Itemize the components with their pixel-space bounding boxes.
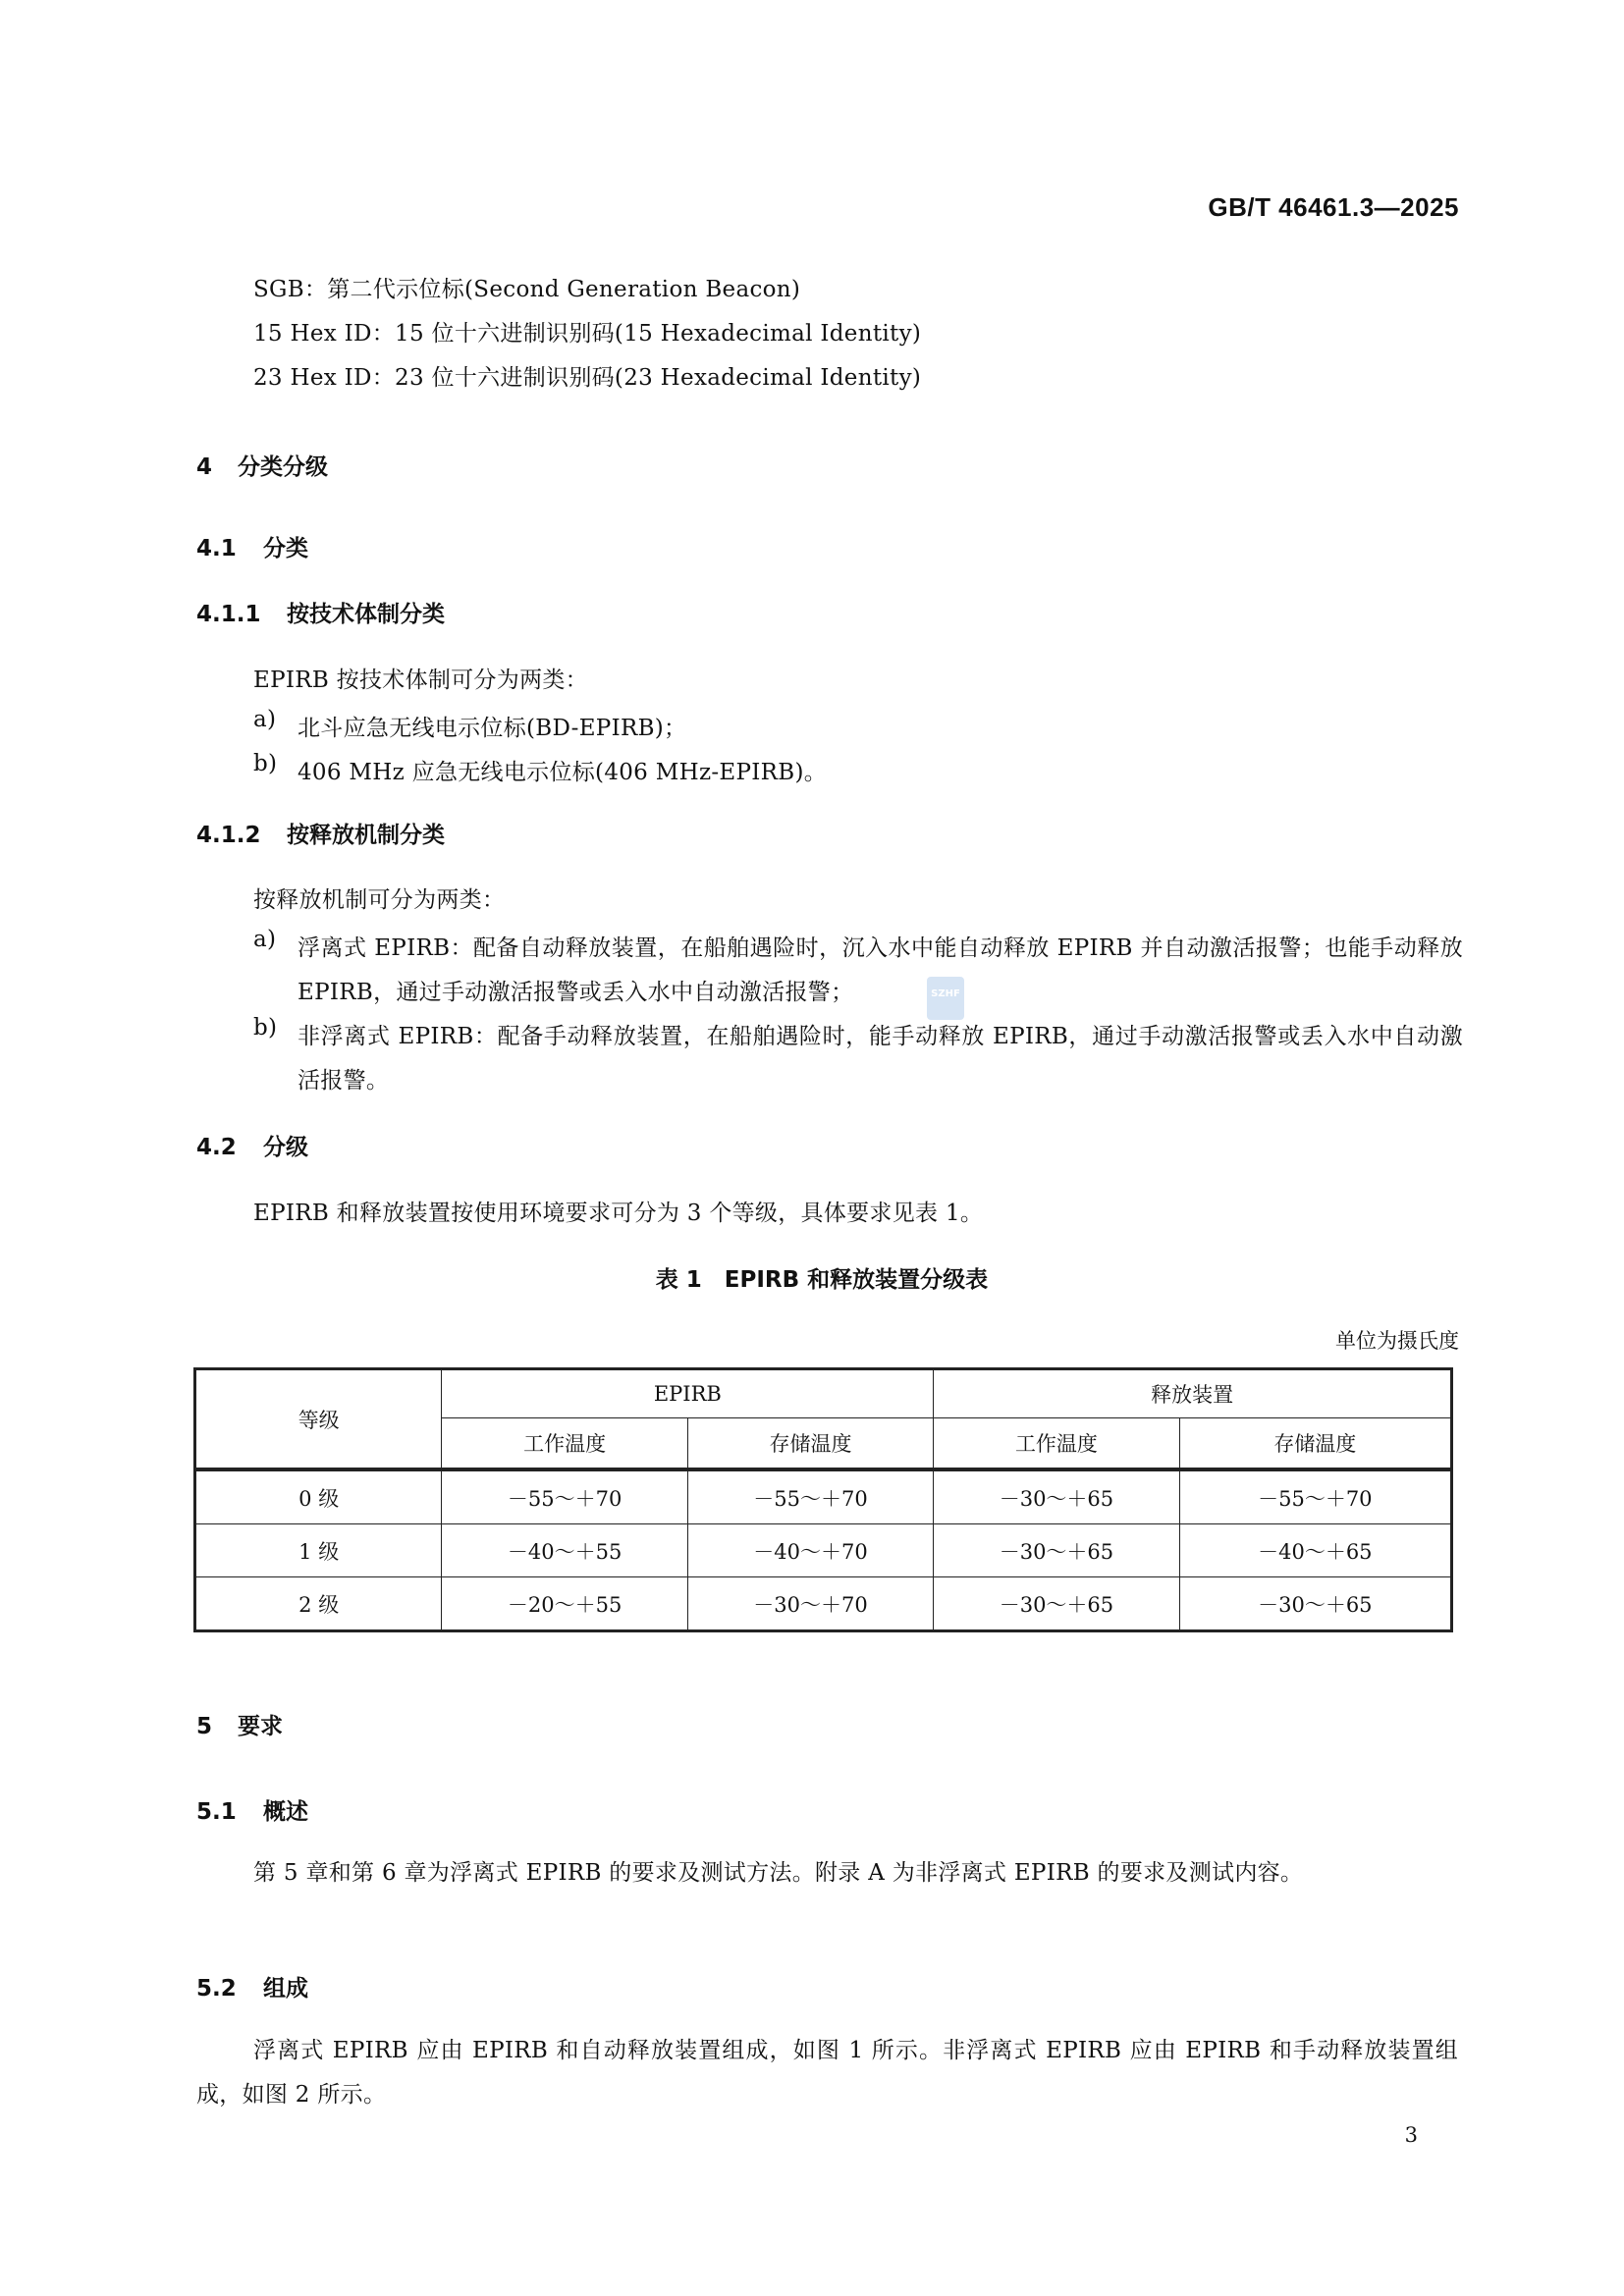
heading-title: 分级 [263,1135,308,1160]
table-row: 1 级 －40～＋55 －40～＋70 －30～＋65 －40～＋65 [195,1524,1452,1577]
paragraph-composition: 浮离式 EPIRB 应由 EPIRB 和自动释放装置组成，如图 1 所示。非浮离… [196,2029,1458,2117]
cell-value: －55～＋70 [442,1469,687,1524]
list-text: 浮离式 EPIRB：配备自动释放装置，在船舶遇险时，沉入水中能自动释放 EPIR… [298,927,1463,1015]
heading-number: 5 [196,1714,238,1739]
header-release-operating-temp: 工作温度 [934,1418,1179,1470]
paragraph-tech-intro: EPIRB 按技术体制可分为两类： [253,662,588,694]
cell-value: －55～＋70 [687,1469,933,1524]
list-marker: a) [253,707,276,732]
heading-title: 按技术体制分类 [287,602,445,627]
header-epirb-storage-temp: 存储温度 [687,1418,933,1470]
cell-grade: 0 级 [195,1469,442,1524]
heading-number: 4.2 [196,1135,263,1160]
heading-section-4: 4分类分级 [196,449,328,481]
heading-number: 4 [196,454,238,480]
list-marker: b) [253,1015,277,1041]
heading-number: 5.2 [196,1976,263,2002]
cell-value: －30～＋65 [934,1577,1179,1631]
table-unit-note: 单位为摄氏度 [1335,1325,1459,1355]
heading-number: 4.1.2 [196,823,287,848]
heading-section-4-2: 4.2分级 [196,1129,308,1161]
grading-table: 等级 EPIRB 释放装置 工作温度 存储温度 工作温度 存储温度 0 级 －5… [193,1367,1453,1632]
abbreviation-sgb: SGB：第二代示位标(Second Generation Beacon) [253,271,800,303]
list-text: 非浮离式 EPIRB：配备手动释放装置，在船舶遇险时，能手动释放 EPIRB，通… [298,1015,1463,1103]
heading-title: 要求 [238,1714,283,1739]
header-grade: 等级 [195,1369,442,1470]
heading-title: 分类 [263,536,308,561]
heading-number: 5.1 [196,1799,263,1825]
table-row: 2 级 －20～＋55 －30～＋70 －30～＋65 －30～＋65 [195,1577,1452,1631]
cell-value: －20～＋55 [442,1577,687,1631]
list-marker: a) [253,927,276,952]
cell-value: －30～＋70 [687,1577,933,1631]
heading-section-5: 5要求 [196,1708,283,1740]
header-group-epirb: EPIRB [442,1369,934,1418]
cell-value: －40～＋70 [687,1524,933,1577]
list-marker: b) [253,751,277,776]
heading-section-5-2: 5.2组成 [196,1970,308,2002]
heading-title: 分类分级 [238,454,328,480]
header-group-release-device: 释放装置 [934,1369,1452,1418]
heading-number: 4.1.1 [196,602,287,627]
paragraph-overview: 第 5 章和第 6 章为浮离式 EPIRB 的要求及测试方法。附录 A 为非浮离… [196,1851,1458,1896]
cell-grade: 2 级 [195,1577,442,1631]
heading-number: 4.1 [196,536,263,561]
heading-section-4-1-1: 4.1.1按技术体制分类 [196,596,445,628]
standard-number-header: GB/T 46461.3—2025 [1208,192,1459,223]
cell-value: －30～＋65 [1179,1577,1451,1631]
cell-value: －30～＋65 [934,1524,1179,1577]
abbreviation-15-hex-id: 15 Hex ID：15 位十六进制识别码(15 Hexadecimal Ide… [253,315,921,347]
cell-value: －40～＋65 [1179,1524,1451,1577]
cell-grade: 1 级 [195,1524,442,1577]
table-caption: 表 1 EPIRB 和释放装置分级表 [0,1261,1624,1294]
header-epirb-operating-temp: 工作温度 [442,1418,687,1470]
list-text: 406 MHz 应急无线电示位标(406 MHz-EPIRB)。 [298,751,1463,795]
heading-title: 概述 [263,1799,308,1825]
heading-title: 按释放机制分类 [287,823,445,848]
heading-title: 组成 [263,1976,308,2002]
heading-section-4-1: 4.1分类 [196,530,308,562]
table-row: 0 级 －55～＋70 －55～＋70 －30～＋65 －55～＋70 [195,1469,1452,1524]
heading-section-5-1: 5.1概述 [196,1793,308,1826]
paragraph-grading: EPIRB 和释放装置按使用环境要求可分为 3 个等级，具体要求见表 1。 [253,1195,983,1227]
header-release-storage-temp: 存储温度 [1179,1418,1451,1470]
list-text: 北斗应急无线电示位标(BD-EPIRB)； [298,707,1463,751]
cell-value: －30～＋65 [934,1469,1179,1524]
paragraph-release-intro: 按释放机制可分为两类： [253,881,505,914]
abbreviation-23-hex-id: 23 Hex ID：23 位十六进制识别码(23 Hexadecimal Ide… [253,359,921,392]
cell-value: －40～＋55 [442,1524,687,1577]
watermark-logo-icon: SZHF [927,977,964,1020]
heading-section-4-1-2: 4.1.2按释放机制分类 [196,817,445,849]
cell-value: －55～＋70 [1179,1469,1451,1524]
page-number: 3 [1405,2123,1418,2147]
